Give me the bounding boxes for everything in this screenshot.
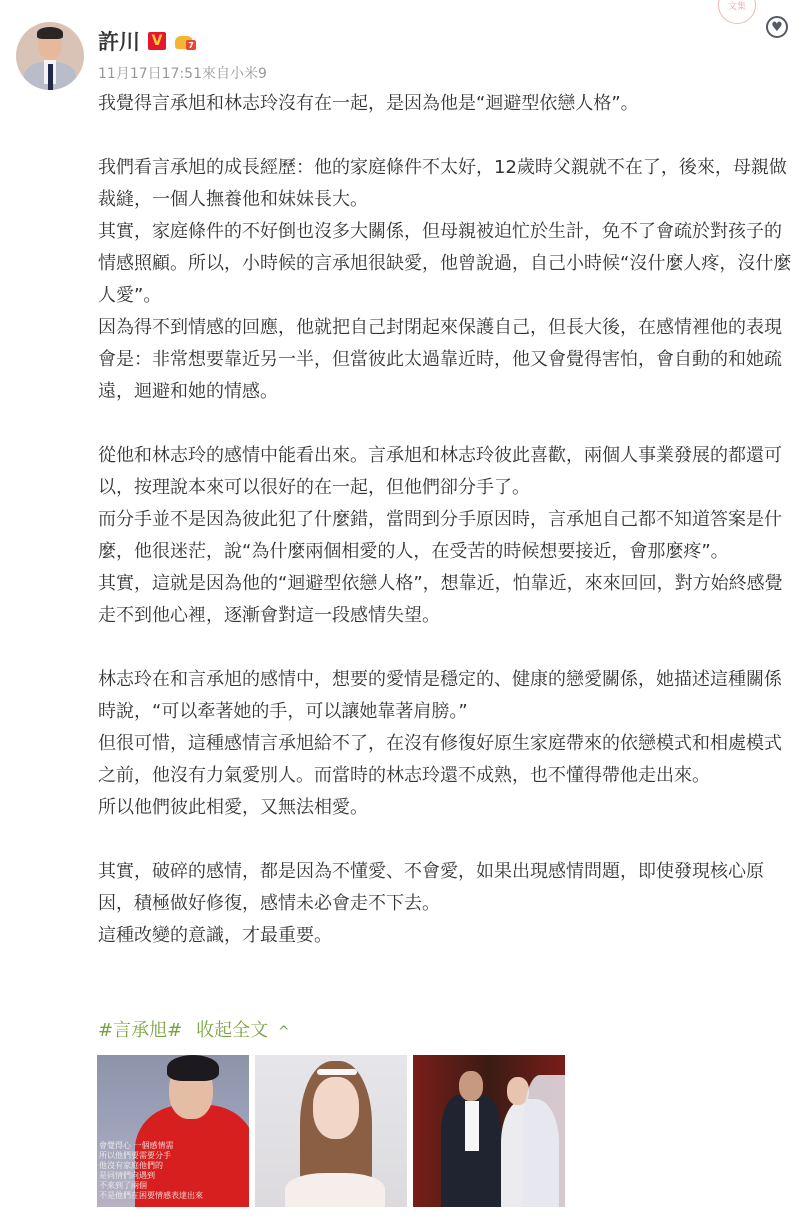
paragraph: 其實，這就是因為他的“迴避型依戀人格”，想靠近，怕靠近，來來回回，對方始終感覺走… [98, 568, 798, 632]
paragraph: 這種改變的意識，才最重要。 [98, 920, 798, 952]
paragraph: 我覺得言承旭和林志玲沒有在一起，是因為他是“迴避型依戀人格”。 [98, 88, 798, 120]
paragraph: 其實，破碎的感情，都是因為不懂愛、不會愛，如果出現感情問題，即使發現核心原因，積… [98, 856, 798, 920]
thumb-groom-shirt [465, 1101, 479, 1151]
thumb-tiara [317, 1069, 357, 1075]
collapse-button[interactable]: 收起全文 ^ [196, 1016, 289, 1042]
paragraph: 其實，家庭條件的不好倒也沒多大關係，但母親被迫忙於生計，免不了會疏於對孩子的情感… [98, 216, 798, 312]
post-meta: 11月17日17:51來自小米9 [98, 63, 267, 83]
subtitle-line: 不來到了兩個 [99, 1181, 203, 1191]
stamp-watermark: 文集 [718, 0, 756, 24]
thumb-groom-head [459, 1071, 483, 1101]
thumb-veil [523, 1075, 565, 1207]
stamp-text: 文集 [728, 0, 746, 12]
paragraph-spacer [98, 408, 798, 440]
subtitle-line: 所以他們要需要分手 [99, 1151, 203, 1161]
image-thumbnail-1[interactable]: 會覺得心 一個感情需所以他們要需要分手他沒有家庭他們的是同情們向遇到不來到了兩個… [97, 1055, 249, 1207]
paragraph-spacer [98, 952, 798, 984]
author-name[interactable]: 許川 [98, 26, 140, 56]
collapse-label: 收起全文 [196, 1020, 268, 1041]
thumb-hair [167, 1055, 219, 1081]
avatar-tie [48, 64, 53, 90]
paragraph-spacer [98, 824, 798, 856]
thumb-face [313, 1077, 359, 1139]
paragraph: 因為得不到情感的回應，他就把自己封閉起來保護自己，但長大後，在感情裡他的表現會是… [98, 312, 798, 408]
hashtag-link[interactable]: #言承旭# [98, 1016, 182, 1042]
author-row: 許川 V 7 [98, 26, 196, 56]
image-thumbnail-3[interactable] [413, 1055, 565, 1207]
heart-follow-icon[interactable]: ♥ [766, 16, 788, 38]
post-content: 我覺得言承旭和林志玲沒有在一起，是因為他是“迴避型依戀人格”。我們看言承旭的成長… [98, 88, 798, 984]
heart-icon: ♥ [771, 20, 783, 35]
verified-badge-icon[interactable]: V [148, 32, 166, 50]
paragraph: 我們看言承旭的成長經歷：他的家庭條件不太好，12歲時父親就不在了，後來，母親做裁… [98, 152, 798, 216]
crown-icon[interactable]: 7 [174, 32, 196, 50]
subtitle-line: 會覺得心 一個感情需 [99, 1141, 203, 1151]
subtitle-line: 不是他們在困要情感表達出來 [99, 1191, 203, 1201]
member-level: 7 [186, 40, 196, 50]
subtitle-line: 他沒有家庭他們的 [99, 1161, 203, 1171]
post-footer-links: #言承旭# 收起全文 ^ [98, 1016, 290, 1042]
paragraph-spacer [98, 632, 798, 664]
paragraph: 林志玲在和言承旭的感情中，想要的愛情是穩定的、健康的戀愛關係，她描述這種關係時說… [98, 664, 798, 728]
paragraph: 但很可惜，這種感情言承旭給不了，在沒有修復好原生家庭帶來的依戀模式和相處模式之前… [98, 728, 798, 792]
image-thumbnail-2[interactable] [255, 1055, 407, 1207]
paragraph: 從他和林志玲的感情中能看出來。言承旭和林志玲彼此喜歡，兩個人事業發展的都還可以，… [98, 440, 798, 504]
subtitle-line: 是同情們向遇到 [99, 1171, 203, 1181]
image-grid: 會覺得心 一個感情需所以他們要需要分手他沒有家庭他們的是同情們向遇到不來到了兩個… [97, 1055, 565, 1207]
thumb-dress [285, 1173, 385, 1207]
paragraph-spacer [98, 120, 798, 152]
thumb-subtitles: 會覺得心 一個感情需所以他們要需要分手他沒有家庭他們的是同情們向遇到不來到了兩個… [99, 1141, 203, 1201]
paragraph: 所以他們彼此相愛，又無法相愛。 [98, 792, 798, 824]
avatar-hair [37, 27, 63, 39]
chevron-up-icon: ^ [278, 1024, 290, 1040]
paragraph: 而分手並不是因為彼此犯了什麼錯，當問到分手原因時，言承旭自己都不知道答案是什麼，… [98, 504, 798, 568]
avatar[interactable] [16, 22, 84, 90]
